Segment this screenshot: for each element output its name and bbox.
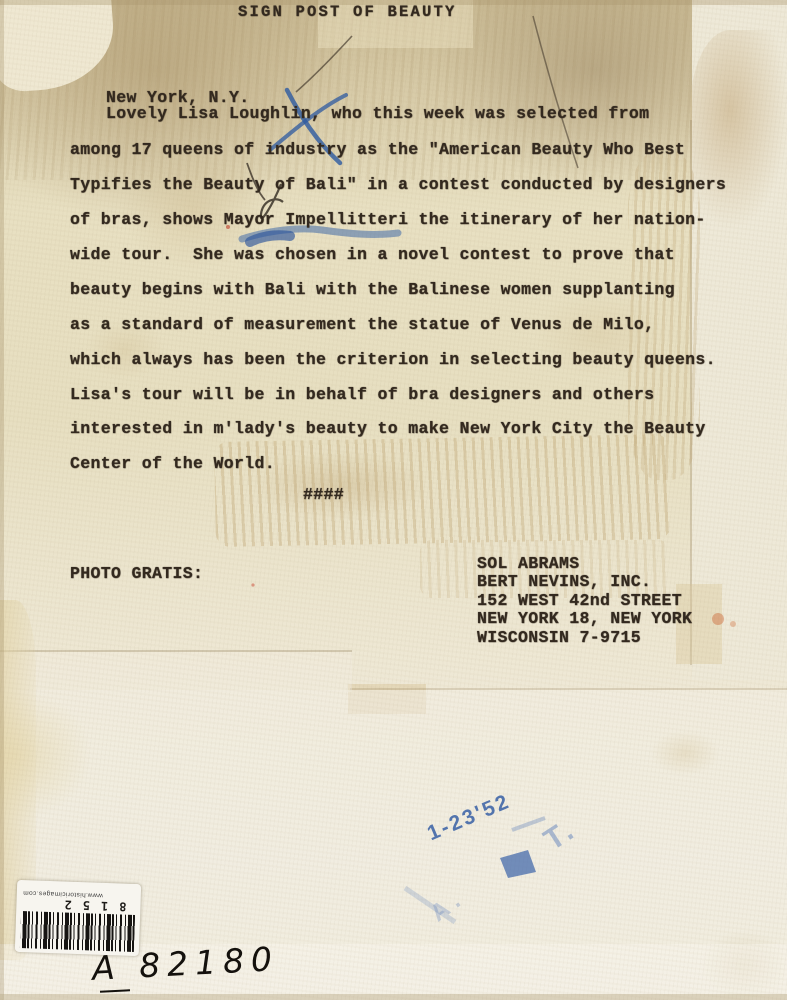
rust-spot bbox=[712, 613, 724, 625]
barcode bbox=[20, 911, 135, 952]
barcode-sticker: 8152 www.historicimages.com bbox=[15, 880, 141, 956]
edge-sliver bbox=[0, 994, 787, 1000]
typed-line: of bras, shows Mayor Impellitteri the it… bbox=[70, 210, 706, 231]
release-title: SIGN POST OF BEAUTY bbox=[238, 3, 457, 22]
stain bbox=[690, 30, 787, 230]
red-speck bbox=[251, 583, 254, 586]
stain-wrinkle-band bbox=[214, 434, 671, 547]
contact-line: SOL ABRAMS bbox=[477, 555, 692, 573]
typed-line: Center of the World. bbox=[70, 454, 275, 475]
typed-line: Lovely Lisa Loughlin, who this week was … bbox=[106, 104, 649, 125]
sheet-bottom-edge bbox=[0, 650, 352, 652]
stain bbox=[650, 730, 720, 776]
faint-stamp-letters: T. bbox=[538, 812, 583, 858]
photo-back-scan: SIGN POST OF BEAUTY New York, N.Y. Lovel… bbox=[0, 0, 787, 1000]
typed-line: as a standard of measurement the statue … bbox=[70, 315, 654, 336]
typed-line: interested in m'lady's beauty to make Ne… bbox=[70, 419, 706, 440]
stamp-ink-blob bbox=[500, 850, 536, 878]
end-mark: #### bbox=[303, 485, 344, 506]
corner-tear bbox=[0, 0, 117, 93]
edge-sliver bbox=[0, 0, 4, 1000]
typed-line: wide tour. She was chosen in a novel con… bbox=[70, 245, 675, 266]
typed-line: Typifies the Beauty of Bali" in a contes… bbox=[70, 175, 726, 196]
stain bbox=[0, 690, 90, 820]
stain bbox=[430, 0, 760, 190]
photo-credit-label: PHOTO GRATIS: bbox=[70, 564, 203, 585]
typed-line: Lisa's tour will be in behalf of bra des… bbox=[70, 385, 654, 406]
blue-scribble bbox=[250, 235, 290, 242]
lower-light-area bbox=[0, 652, 352, 692]
typed-line: among 17 queens of industry as the "Amer… bbox=[70, 140, 685, 161]
typed-line: which always has been the criterion in s… bbox=[70, 350, 716, 371]
rust-spot bbox=[730, 621, 736, 627]
contact-line: BERT NEVINS, INC. bbox=[477, 573, 692, 591]
sheet-bottom-edge bbox=[350, 688, 787, 690]
contact-block: SOL ABRAMS BERT NEVINS, INC. 152 WEST 42… bbox=[477, 555, 692, 647]
right-margin bbox=[692, 0, 787, 680]
date-stamp: 1-23'52 bbox=[424, 790, 514, 846]
contact-line: NEW YORK 18, NEW YORK bbox=[477, 610, 692, 628]
stain bbox=[700, 930, 787, 1000]
handwriting-underline bbox=[100, 989, 130, 993]
faint-stamp-letters: A. bbox=[425, 884, 471, 928]
typed-line: beauty begins with Bali with the Balines… bbox=[70, 280, 675, 301]
contact-line: 152 WEST 42nd STREET bbox=[477, 592, 692, 610]
contact-line: WISCONSIN 7-9715 bbox=[477, 629, 692, 647]
handwritten-id: A 82180 bbox=[91, 939, 280, 988]
tape-patch bbox=[348, 684, 426, 714]
crease-line bbox=[296, 36, 352, 92]
